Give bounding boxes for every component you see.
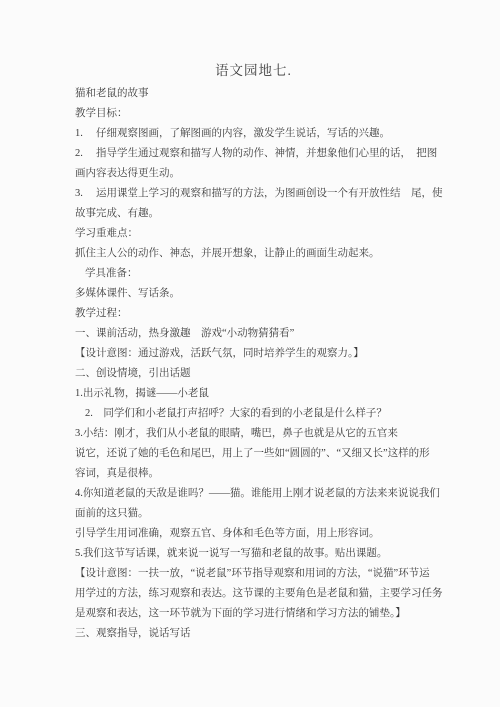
step-3-summary-continued-2: 容词，真是很棒。 [75,464,432,484]
key-difficulties-text: 抓住主人公的动作、神态，并展开想象，让静止的画面生动起来。 [75,244,432,264]
section-1-warmup: 一、课前活动，热身激趣 游戏“小动物猜猜看” [75,324,432,344]
step-1-gift: 1.出示礼物，揭谜——小老鼠 [75,384,432,404]
step-3-summary: 3.小结：刚才，我们从小老鼠的眼睛，嘴巴，鼻子也就是从它的五官来 [75,424,432,444]
heading-teaching-process: 教学过程： [75,304,432,324]
document-page: 语文园地七. 猫和老鼠的故事 教学目标： 1. 仔细观察图画，了解图画的内容，激… [0,0,500,707]
step-4-cat-continued: 面前的这只猫。 [75,504,432,524]
design-intent-2-continued-1: 用学过的方法，练习观察和表达。这节课的主要角色是老鼠和猫，主要学习任务 [75,584,432,604]
goal-item-3: 3. 运用课堂上学习的观察和描写的方法，为图画创设一个有开放性结 尾，使 [75,184,432,204]
goal-item-1: 1. 仔细观察图画，了解图画的内容，激发学生说话，写话的兴趣。 [75,124,432,144]
goal-item-3-continued: 故事完成、有趣。 [75,204,432,224]
goal-item-2-continued: 画内容表达得更生动。 [75,164,432,184]
section-3-observation: 三、观察指导，说话写话 [75,624,432,644]
step-4-cat: 4.你知道老鼠的天敌是谁吗？——猫。谁能用上刚才说老鼠的方法来来说说我们 [75,484,432,504]
step-3-summary-continued-1: 说它，还说了她的毛色和尾巴，用上了一些如“圆圆的”、“又细又长”这样的形 [75,444,432,464]
design-intent-1: 【设计意图：通过游戏，活跃气氛，同时培养学生的观察力。】 [75,344,432,364]
heading-materials: 学具准备： [75,264,432,284]
section-2-context: 二、创设情境，引出话题 [75,364,432,384]
story-title: 猫和老鼠的故事 [75,84,432,104]
goal-item-2: 2. 指导学生通过观察和描写人物的动作、神情，并想象他们心里的话， 把图 [75,144,432,164]
step-2-greeting: 2. 同学们和小老鼠打声招呼？大家的看到的小老鼠是什么样子？ [75,404,432,424]
design-intent-2-continued-2: 是观察和表达，这一环节就为下面的学习进行情绪和学习方法的铺垫。】 [75,604,432,624]
materials-text: 多媒体课件、写话条。 [75,284,432,304]
step-5-topic: 5.我们这节写话课，就来说一说写一写猫和老鼠的故事。贴出课题。 [75,544,432,564]
document-title: 语文园地七. [75,58,432,84]
heading-key-difficulties: 学习重难点： [75,224,432,244]
heading-teaching-goals: 教学目标： [75,104,432,124]
guidance-note: 引导学生用词准确，观察五官、身体和毛色等方面，用上形容词。 [75,524,432,544]
design-intent-2: 【设计意图：一扶一放，“说老鼠”环节指导观察和用词的方法，“说猫”环节运 [75,564,432,584]
